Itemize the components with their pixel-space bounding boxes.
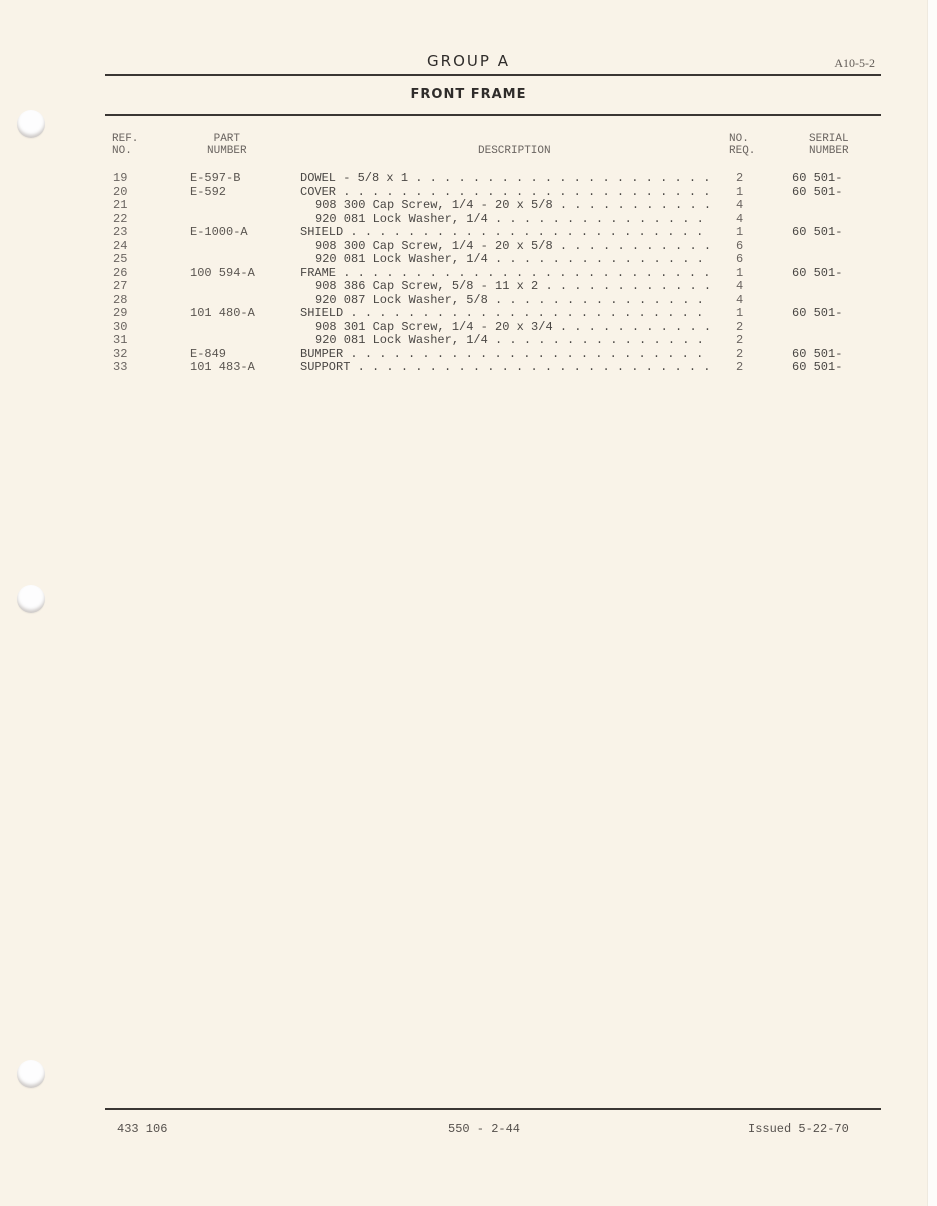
quantity-required: 1 [736, 226, 743, 240]
footer-rule [105, 1108, 881, 1110]
leader-dots: . . . . . . . . . . . . . . . . . . . . … [336, 267, 710, 280]
description: 908 301 Cap Screw, 1/4 - 20 x 3/4 . . . … [315, 321, 710, 335]
serial-number: 60 501- [792, 267, 842, 281]
ref-number: 19 [113, 172, 127, 186]
ref-number: 30 [113, 321, 127, 335]
quantity-required: 1 [736, 186, 743, 200]
serial-number: 60 501- [792, 226, 842, 240]
leader-dots: . . . . . . . . . . . . . . . . . . . . … [538, 280, 710, 293]
description-text: 920 081 Lock Washer, 1/4 [315, 213, 488, 226]
quantity-required: 1 [736, 307, 743, 321]
description: 908 300 Cap Screw, 1/4 - 20 x 5/8 . . . … [315, 199, 710, 213]
quantity-required: 2 [736, 321, 743, 335]
description: 908 300 Cap Screw, 1/4 - 20 x 5/8 . . . … [315, 240, 710, 254]
leader-dots: . . . . . . . . . . . . . . . . . . . . … [336, 186, 710, 199]
ref-number: 22 [113, 213, 127, 227]
ref-number: 24 [113, 240, 127, 254]
leader-dots: . . . . . . . . . . . . . . . . . . . . … [553, 240, 710, 253]
description: SHIELD . . . . . . . . . . . . . . . . .… [300, 226, 710, 240]
quantity-required: 2 [736, 172, 743, 186]
description-text: BUMPER [300, 348, 343, 361]
leader-dots: . . . . . . . . . . . . . . . . . . . . … [488, 334, 710, 347]
description-text: FRAME [300, 267, 336, 280]
part-number: E-849 [190, 348, 226, 362]
description: SUPPORT . . . . . . . . . . . . . . . . … [300, 361, 710, 375]
part-number: 100 594-A [190, 267, 255, 281]
column-header-no-req: NO. REQ. [729, 133, 755, 157]
column-header-serial-line2: NUMBER [809, 145, 849, 157]
serial-number: 60 501- [792, 348, 842, 362]
part-number: 101 480-A [190, 307, 255, 321]
quantity-required: 4 [736, 280, 743, 294]
table-row: 29101 480-ASHIELD . . . . . . . . . . . … [0, 307, 937, 321]
part-number: E-597-B [190, 172, 240, 186]
serial-number: 60 501- [792, 172, 842, 186]
part-number: E-1000-A [190, 226, 248, 240]
ref-number: 28 [113, 294, 127, 308]
table-row: 24908 300 Cap Screw, 1/4 - 20 x 5/8 . . … [0, 240, 937, 254]
leader-dots: . . . . . . . . . . . . . . . . . . . . … [343, 307, 710, 320]
description: 920 081 Lock Washer, 1/4 . . . . . . . .… [315, 213, 710, 227]
table-row: 26100 594-AFRAME . . . . . . . . . . . .… [0, 267, 937, 281]
description-text: COVER [300, 186, 336, 199]
description: FRAME . . . . . . . . . . . . . . . . . … [300, 267, 710, 281]
quantity-required: 6 [736, 240, 743, 254]
description: SHIELD . . . . . . . . . . . . . . . . .… [300, 307, 710, 321]
table-row: 23E-1000-ASHIELD . . . . . . . . . . . .… [0, 226, 937, 240]
table-row: 28920 087 Lock Washer, 5/8 . . . . . . .… [0, 294, 937, 308]
table-row: 32E-849BUMPER . . . . . . . . . . . . . … [0, 348, 937, 362]
leader-dots: . . . . . . . . . . . . . . . . . . . . … [350, 361, 710, 374]
model-page-number: 550 - 2-44 [448, 1122, 520, 1136]
binder-punch-hole-top [17, 110, 45, 138]
leader-dots: . . . . . . . . . . . . . . . . . . . . … [553, 321, 710, 334]
ref-number: 23 [113, 226, 127, 240]
column-header-noreq-line1: NO. [729, 133, 755, 145]
leader-dots: . . . . . . . . . . . . . . . . . . . . … [488, 253, 710, 266]
header-rule [105, 74, 881, 76]
part-number: 101 483-A [190, 361, 255, 375]
description: DOWEL - 5/8 x 1 . . . . . . . . . . . . … [300, 172, 710, 186]
leader-dots: . . . . . . . . . . . . . . . . . . . . … [488, 213, 710, 226]
serial-number: 60 501- [792, 307, 842, 321]
description-text: 908 301 Cap Screw, 1/4 - 20 x 3/4 [315, 321, 553, 334]
description-text: DOWEL - 5/8 x 1 [300, 172, 408, 185]
description-text: SUPPORT [300, 361, 350, 374]
quantity-required: 2 [736, 348, 743, 362]
table-row: 27908 386 Cap Screw, 5/8 - 11 x 2 . . . … [0, 280, 937, 294]
table-row: 25920 081 Lock Washer, 1/4 . . . . . . .… [0, 253, 937, 267]
description-text: 908 300 Cap Screw, 1/4 - 20 x 5/8 [315, 199, 553, 212]
ref-number: 33 [113, 361, 127, 375]
description: 920 081 Lock Washer, 1/4 . . . . . . . .… [315, 334, 710, 348]
leader-dots: . . . . . . . . . . . . . . . . . . . . … [408, 172, 710, 185]
description: COVER . . . . . . . . . . . . . . . . . … [300, 186, 710, 200]
form-number: 433 106 [117, 1122, 167, 1136]
ref-number: 29 [113, 307, 127, 321]
group-heading: GROUP A [0, 52, 937, 70]
binder-punch-hole-bottom [17, 1060, 45, 1088]
column-header-noreq-line2: REQ. [729, 145, 755, 157]
description-text: SHIELD [300, 307, 343, 320]
quantity-required: 4 [736, 294, 743, 308]
quantity-required: 1 [736, 267, 743, 281]
description: BUMPER . . . . . . . . . . . . . . . . .… [300, 348, 710, 362]
ref-number: 20 [113, 186, 127, 200]
issue-date: Issued 5-22-70 [748, 1122, 849, 1136]
parts-list-table: 19E-597-BDOWEL - 5/8 x 1 . . . . . . . .… [0, 172, 937, 375]
column-header-part-number: PART NUMBER [207, 133, 247, 157]
section-title: FRONT FRAME [0, 87, 937, 102]
table-row: 22920 081 Lock Washer, 1/4 . . . . . . .… [0, 213, 937, 227]
column-header-part-line1: PART [207, 133, 247, 145]
table-row: 31920 081 Lock Washer, 1/4 . . . . . . .… [0, 334, 937, 348]
column-header-ref-no: REF. NO. [112, 133, 138, 157]
description: 908 386 Cap Screw, 5/8 - 11 x 2 . . . . … [315, 280, 710, 294]
page-code: A10-5-2 [834, 56, 875, 71]
leader-dots: . . . . . . . . . . . . . . . . . . . . … [343, 226, 710, 239]
ref-number: 32 [113, 348, 127, 362]
description: 920 081 Lock Washer, 1/4 . . . . . . . .… [315, 253, 710, 267]
serial-number: 60 501- [792, 186, 842, 200]
description-text: 908 300 Cap Screw, 1/4 - 20 x 5/8 [315, 240, 553, 253]
leader-dots: . . . . . . . . . . . . . . . . . . . . … [553, 199, 710, 212]
quantity-required: 6 [736, 253, 743, 267]
serial-number: 60 501- [792, 361, 842, 375]
column-header-ref-line1: REF. [112, 133, 138, 145]
table-row: 30908 301 Cap Screw, 1/4 - 20 x 3/4 . . … [0, 321, 937, 335]
ref-number: 27 [113, 280, 127, 294]
ref-number: 26 [113, 267, 127, 281]
ref-number: 21 [113, 199, 127, 213]
description-text: 920 081 Lock Washer, 1/4 [315, 253, 488, 266]
description-text: 920 087 Lock Washer, 5/8 [315, 294, 488, 307]
table-row: 20E-592COVER . . . . . . . . . . . . . .… [0, 186, 937, 200]
column-header-ref-line2: NO. [112, 145, 138, 157]
description-text: 920 081 Lock Washer, 1/4 [315, 334, 488, 347]
binder-punch-hole-middle [17, 585, 45, 613]
leader-dots: . . . . . . . . . . . . . . . . . . . . … [488, 294, 710, 307]
quantity-required: 2 [736, 334, 743, 348]
table-row: 33101 483-ASUPPORT . . . . . . . . . . .… [0, 361, 937, 375]
quantity-required: 4 [736, 199, 743, 213]
quantity-required: 4 [736, 213, 743, 227]
quantity-required: 2 [736, 361, 743, 375]
ref-number: 31 [113, 334, 127, 348]
table-row: 19E-597-BDOWEL - 5/8 x 1 . . . . . . . .… [0, 172, 937, 186]
description-text: 908 386 Cap Screw, 5/8 - 11 x 2 [315, 280, 538, 293]
column-header-serial-line1: SERIAL [809, 133, 849, 145]
description-text: SHIELD [300, 226, 343, 239]
section-rule [105, 114, 881, 116]
column-header-serial-number: SERIAL NUMBER [809, 133, 849, 157]
ref-number: 25 [113, 253, 127, 267]
column-header-part-line2: NUMBER [207, 145, 247, 157]
table-row: 21908 300 Cap Screw, 1/4 - 20 x 5/8 . . … [0, 199, 937, 213]
part-number: E-592 [190, 186, 226, 200]
column-header-description: DESCRIPTION [478, 145, 551, 157]
leader-dots: . . . . . . . . . . . . . . . . . . . . … [343, 348, 710, 361]
description: 920 087 Lock Washer, 5/8 . . . . . . . .… [315, 294, 710, 308]
